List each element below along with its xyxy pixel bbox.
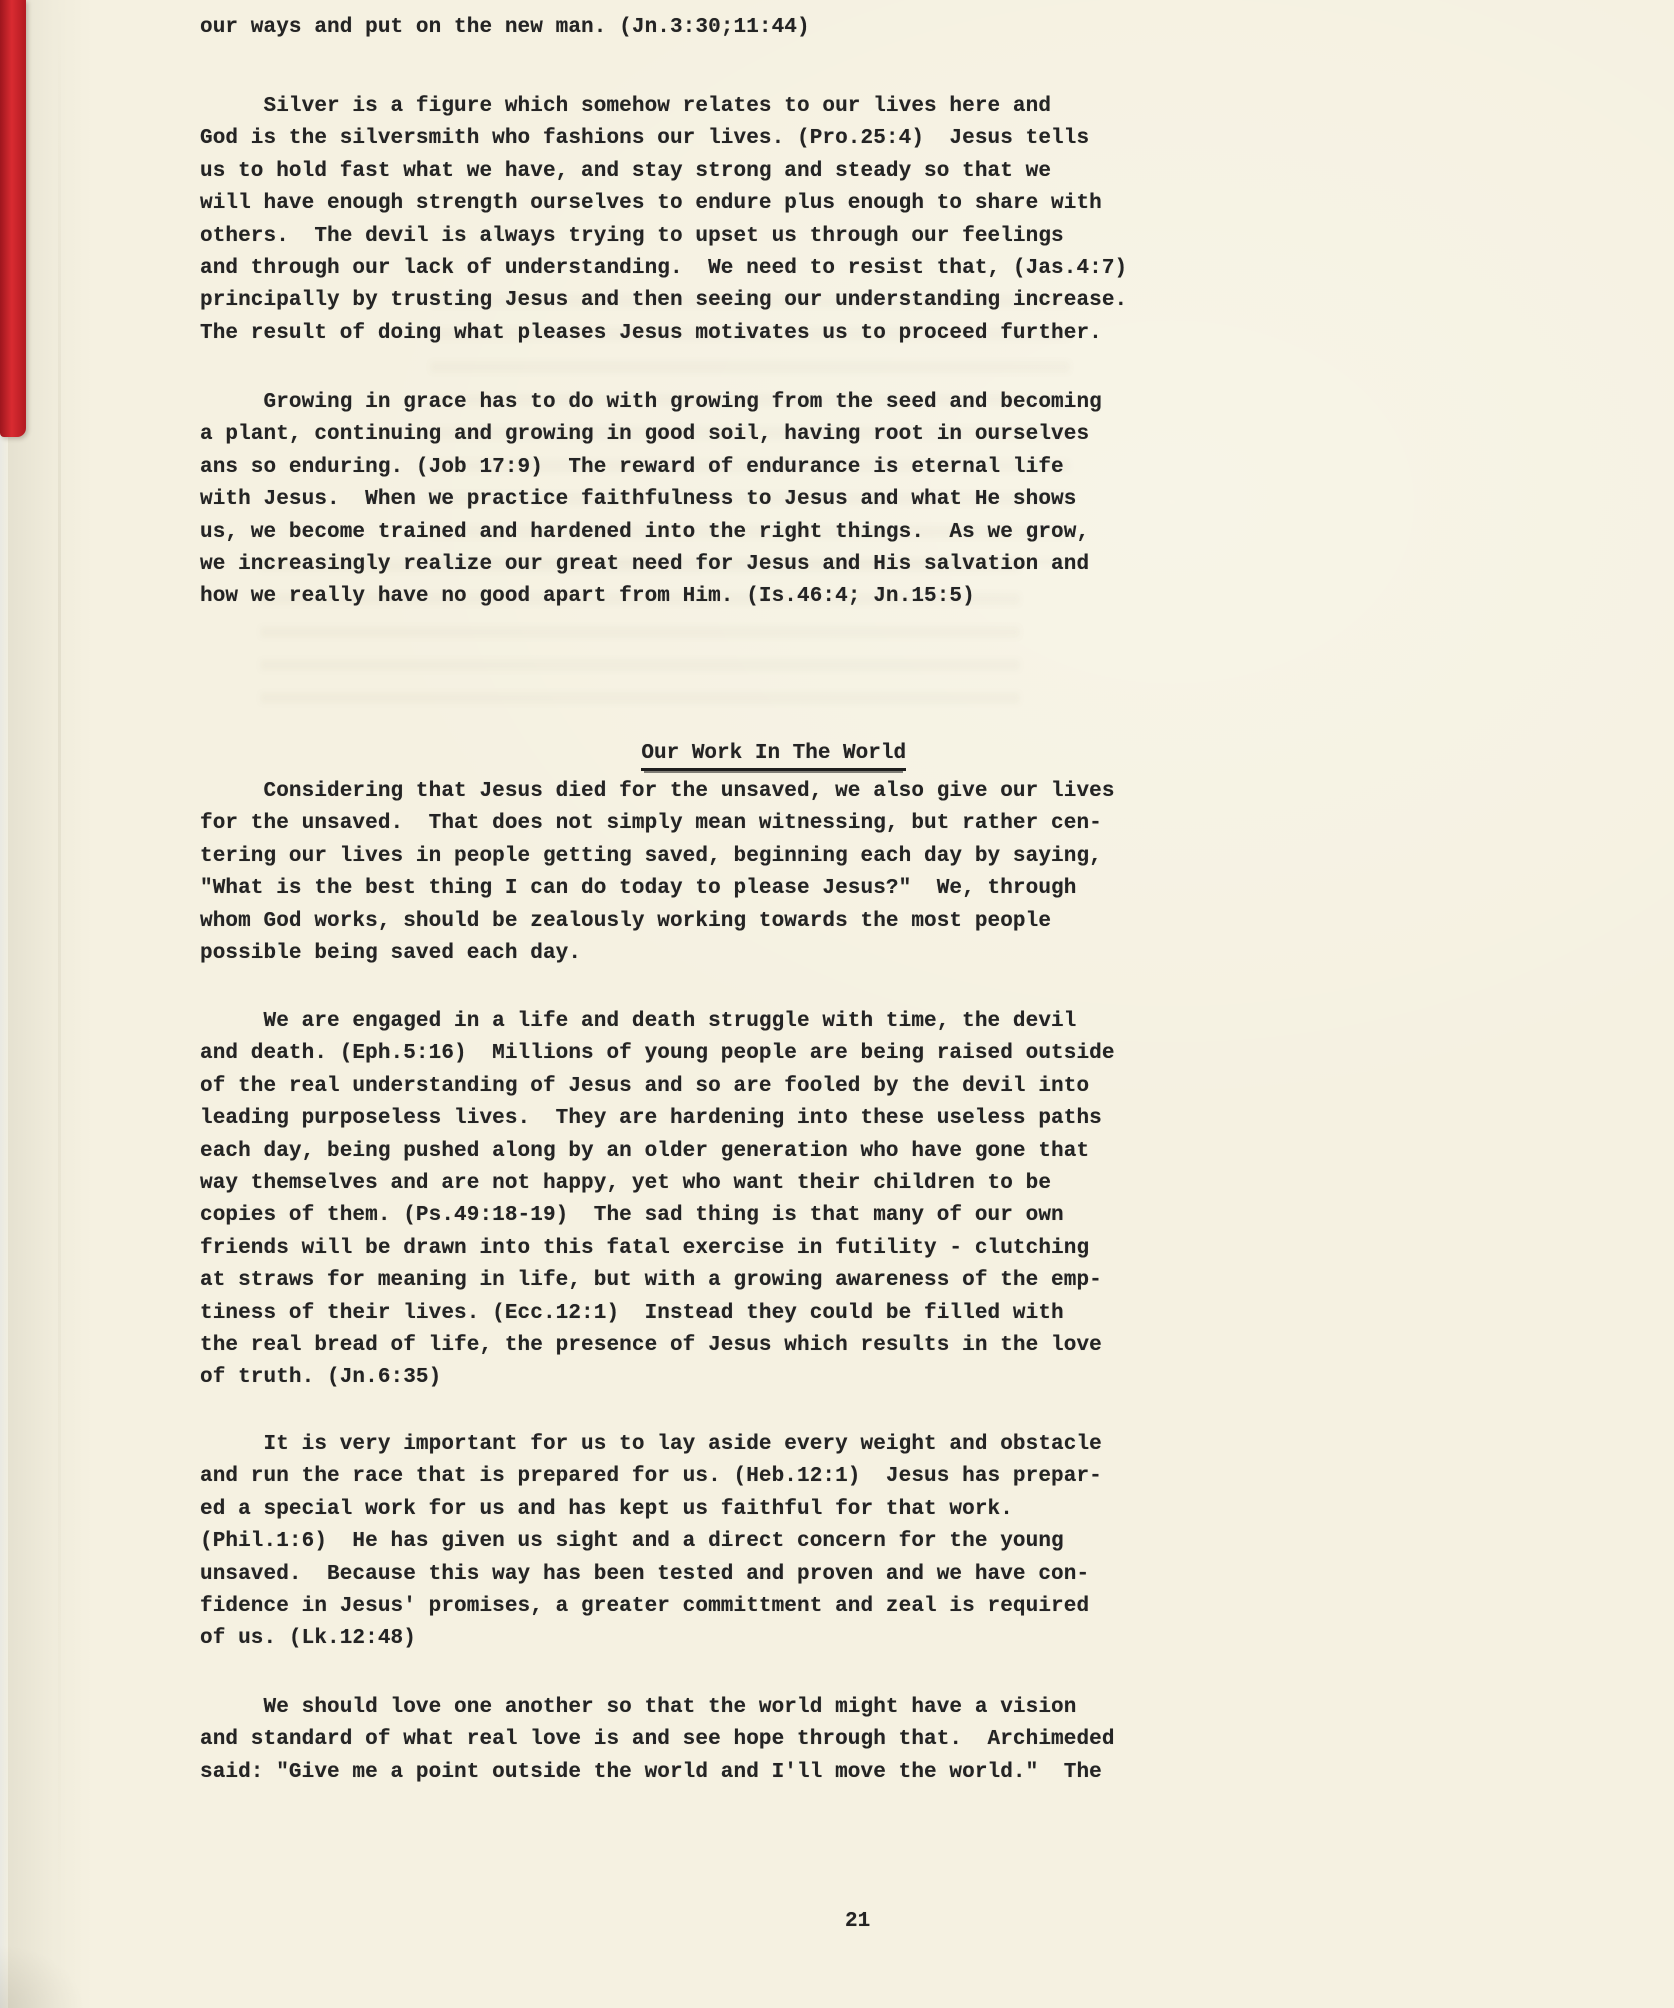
- text-line: The result of doing what pleases Jesus m…: [200, 318, 1127, 350]
- paragraph: It is very important for us to lay aside…: [200, 1429, 1102, 1656]
- text-line: of us. (Lk.12:48): [200, 1623, 1102, 1655]
- text-line: for the unsaved. That does not simply me…: [200, 808, 1115, 840]
- text-line: whom God works, should be zealously work…: [200, 906, 1115, 938]
- text-line: the real bread of life, the presence of …: [200, 1330, 1115, 1362]
- text-line: we increasingly realize our great need f…: [200, 549, 1102, 581]
- text-line: tiness of their lives. (Ecc.12:1) Instea…: [200, 1298, 1115, 1330]
- paragraph: Growing in grace has to do with growing …: [200, 387, 1102, 614]
- text-line: God is the silversmith who fashions our …: [200, 123, 1127, 155]
- text-line: of truth. (Jn.6:35): [200, 1362, 1115, 1394]
- paragraph: Silver is a figure which somehow relates…: [200, 91, 1127, 350]
- text-line: leading purposeless lives. They are hard…: [200, 1103, 1115, 1135]
- text-line: principally by trusting Jesus and then s…: [200, 285, 1127, 317]
- text-line: possible being saved each day.: [200, 938, 1115, 970]
- paragraph: We should love one another so that the w…: [200, 1692, 1115, 1789]
- text-line: our ways and put on the new man. (Jn.3:3…: [200, 12, 810, 44]
- text-line: us, we become trained and hardened into …: [200, 517, 1102, 549]
- text-line: with Jesus. When we practice faithfulnes…: [200, 484, 1102, 516]
- section-heading: Our Work In The World: [591, 706, 906, 803]
- text-line: a plant, continuing and growing in good …: [200, 419, 1102, 451]
- text-line: said: "Give me a point outside the world…: [200, 1757, 1115, 1789]
- paragraph: We are engaged in a life and death strug…: [200, 1006, 1115, 1395]
- page-text: our ways and put on the new man. (Jn.3:3…: [0, 0, 1674, 2008]
- text-line: how we really have no good apart from Hi…: [200, 581, 1102, 613]
- text-line: way themselves and are not happy, yet wh…: [200, 1168, 1115, 1200]
- page-number: 21: [845, 1906, 870, 1938]
- text-line: friends will be drawn into this fatal ex…: [200, 1233, 1115, 1265]
- text-line: and death. (Eph.5:16) Millions of young …: [200, 1038, 1115, 1070]
- text-line: Growing in grace has to do with growing …: [200, 387, 1102, 419]
- text-line: at straws for meaning in life, but with …: [200, 1265, 1115, 1297]
- text-line: It is very important for us to lay aside…: [200, 1429, 1102, 1461]
- text-line: tering our lives in people getting saved…: [200, 841, 1115, 873]
- text-line: will have enough strength ourselves to e…: [200, 188, 1127, 220]
- paragraph: our ways and put on the new man. (Jn.3:3…: [200, 12, 810, 44]
- text-line: each day, being pushed along by an older…: [200, 1136, 1115, 1168]
- scanned-document-page: our ways and put on the new man. (Jn.3:3…: [0, 0, 1674, 2008]
- section-heading-text: Our Work In The World: [641, 742, 906, 771]
- text-line: copies of them. (Ps.49:18-19) The sad th…: [200, 1200, 1115, 1232]
- text-line: unsaved. Because this way has been teste…: [200, 1559, 1102, 1591]
- text-line: Silver is a figure which somehow relates…: [200, 91, 1127, 123]
- text-line: and standard of what real love is and se…: [200, 1724, 1115, 1756]
- text-line: We should love one another so that the w…: [200, 1692, 1115, 1724]
- paragraph: Considering that Jesus died for the unsa…: [200, 776, 1115, 970]
- text-line: We are engaged in a life and death strug…: [200, 1006, 1115, 1038]
- text-line: us to hold fast what we have, and stay s…: [200, 156, 1127, 188]
- text-line: "What is the best thing I can do today t…: [200, 873, 1115, 905]
- text-line: fidence in Jesus' promises, a greater co…: [200, 1591, 1102, 1623]
- text-line: (Phil.1:6) He has given us sight and a d…: [200, 1526, 1102, 1558]
- text-line: of the real understanding of Jesus and s…: [200, 1071, 1115, 1103]
- text-line: and through our lack of understanding. W…: [200, 253, 1127, 285]
- text-line: others. The devil is always trying to up…: [200, 221, 1127, 253]
- text-line: ed a special work for us and has kept us…: [200, 1494, 1102, 1526]
- text-line: and run the race that is prepared for us…: [200, 1461, 1102, 1493]
- text-line: ans so enduring. (Job 17:9) The reward o…: [200, 452, 1102, 484]
